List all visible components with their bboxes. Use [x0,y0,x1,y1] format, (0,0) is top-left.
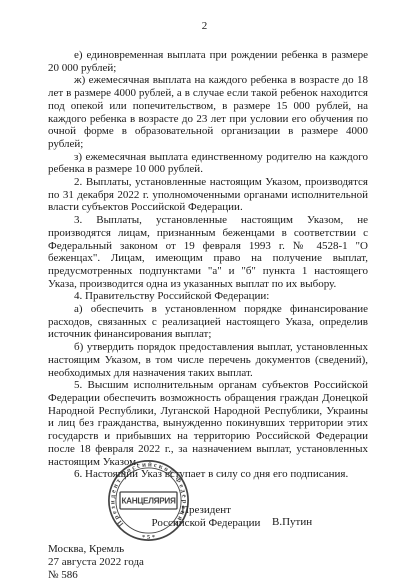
decree-paragraph: б) утвердить порядок предоставления выпл… [48,341,368,379]
issuance-place: Москва, Кремль [48,543,144,556]
document-page: 2 е) единовременная выплата при рождении… [0,0,409,585]
chancellery-stamp-icon: Президент Российской Федерации КАНЦЕЛЯРИ… [106,458,191,543]
decree-paragraph: 4. Правительству Российской Федерации: [48,290,368,303]
decree-paragraph: ж) ежемесячная выплата на каждого ребенк… [48,74,368,150]
decree-paragraph: 2. Выплаты, установленные настоящим Указ… [48,176,368,214]
stamp-center-label: КАНЦЕЛЯРИЯ [121,497,176,506]
decree-paragraph: 3. Выплаты, установленные настоящим Указ… [48,214,368,290]
page-number: 2 [0,20,409,32]
decree-paragraph: з) ежемесячная выплата единственному род… [48,151,368,176]
decree-paragraph: 6. Настоящий Указ вступает в силу со дня… [48,468,368,481]
decree-number: № 586 [48,569,144,582]
decree-paragraph: 5. Высшим исполнительным органам субъект… [48,379,368,468]
issuance-block: Москва, Кремль 27 августа 2022 года № 58… [48,543,144,582]
decree-body: е) единовременная выплата при рождении р… [48,49,368,481]
stamp-number: * 5 * [142,534,155,541]
decree-paragraph: е) единовременная выплата при рождении р… [48,49,368,74]
issuance-date: 27 августа 2022 года [48,556,144,569]
decree-paragraph: а) обеспечить в установленном порядке фи… [48,303,368,341]
signatory-name: В.Путин [272,516,312,528]
